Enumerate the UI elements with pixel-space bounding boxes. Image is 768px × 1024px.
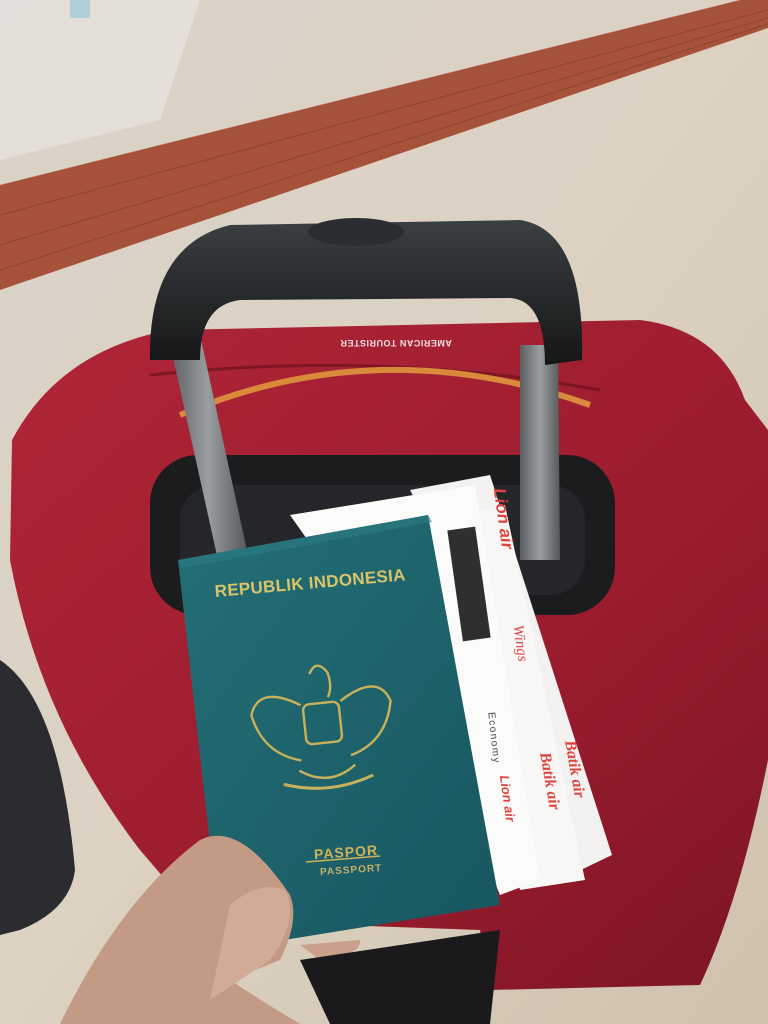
trolley-pole-right	[520, 345, 560, 560]
suitcase-brand-mark: AMERICAN TOURISTER	[340, 338, 452, 348]
photo-scene	[0, 0, 768, 1024]
handle-logo-plate	[308, 218, 404, 246]
